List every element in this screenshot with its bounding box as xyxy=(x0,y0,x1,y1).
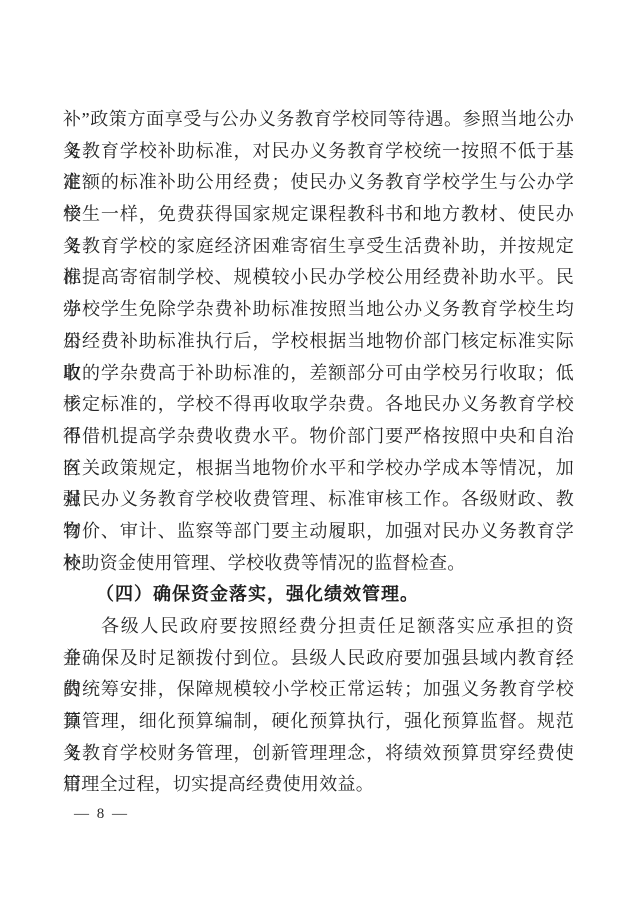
paragraph-line: 务教育学校的家庭经济困难寄宿生享受生活费补助，并按规定标 xyxy=(63,231,574,263)
body-text: 补”政策方面享受与公办义务教育学校同等待遇。参照当地公办义 务教育学校补助标准，… xyxy=(63,104,574,801)
paragraph-line: 得借机提高学杂费收费水平。物价部门要严格按照中央和自治区 xyxy=(63,421,574,453)
paragraph-line: 学生一样，免费获得国家规定课程教科书和地方教材、使民办义 xyxy=(63,199,574,231)
paragraph-line: 有关政策规定，根据当地物价水平和学校办学成本等情况，加强 xyxy=(63,453,574,485)
paragraph-line: 的统筹安排，保障规模较小学校正常运转；加强义务教育学校预 xyxy=(63,674,574,706)
page-number: — 8 — xyxy=(74,806,129,823)
paragraph-line: 各级人民政府要按照经费分担责任足额落实应承担的资金， xyxy=(63,611,574,643)
paragraph-line: 核定标准的，学校不得再收取学杂费。各地民办义务教育学校不 xyxy=(63,389,574,421)
document-page: 补”政策方面享受与公办义务教育学校同等待遇。参照当地公办义 务教育学校补助标准，… xyxy=(0,0,636,900)
paragraph-line: 并确保及时足额拨付到位。县级人民政府要加强县域内教育经费 xyxy=(63,643,574,675)
paragraph-line: 用经费补助标准执行后，学校根据当地物价部门核定标准实际收 xyxy=(63,326,574,358)
paragraph-line: 算管理，细化预算编制，硬化预算执行，强化预算监督。规范义 xyxy=(63,706,574,738)
paragraph-line: 定额的标准补助公用经费；使民办义务教育学校学生与公办学校 xyxy=(63,167,574,199)
paragraph-line: 补”政策方面享受与公办义务教育学校同等待遇。参照当地公办义 xyxy=(63,104,574,136)
paragraph-line: 务教育学校补助标准，对民办义务教育学校统一按照不低于基准 xyxy=(63,136,574,168)
paragraph-line: 物价、审计、监察等部门要主动履职，加强对民办义务教育学校 xyxy=(63,516,574,548)
paragraph-line: 学校学生免除学杂费补助标准按照当地公办义务教育学校生均公 xyxy=(63,294,574,326)
paragraph-line: 务教育学校财务管理，创新管理理念，将绩效预算贯穿经费使用 xyxy=(63,738,574,770)
paragraph-line: 取的学杂费高于补助标准的，差额部分可由学校另行收取；低于 xyxy=(63,358,574,390)
paragraph-line: 管理全过程，切实提高经费使用效益。 xyxy=(63,769,574,801)
paragraph-line: 对民办义务教育学校收费管理、标准审核工作。各级财政、教育、 xyxy=(63,484,574,516)
section-heading: （四）确保资金落实，强化绩效管理。 xyxy=(63,579,574,611)
paragraph-line: 准提高寄宿制学校、规模较小民办学校公用经费补助水平。民办 xyxy=(63,262,574,294)
paragraph-line: 补助资金使用管理、学校收费等情况的监督检查。 xyxy=(63,548,574,580)
